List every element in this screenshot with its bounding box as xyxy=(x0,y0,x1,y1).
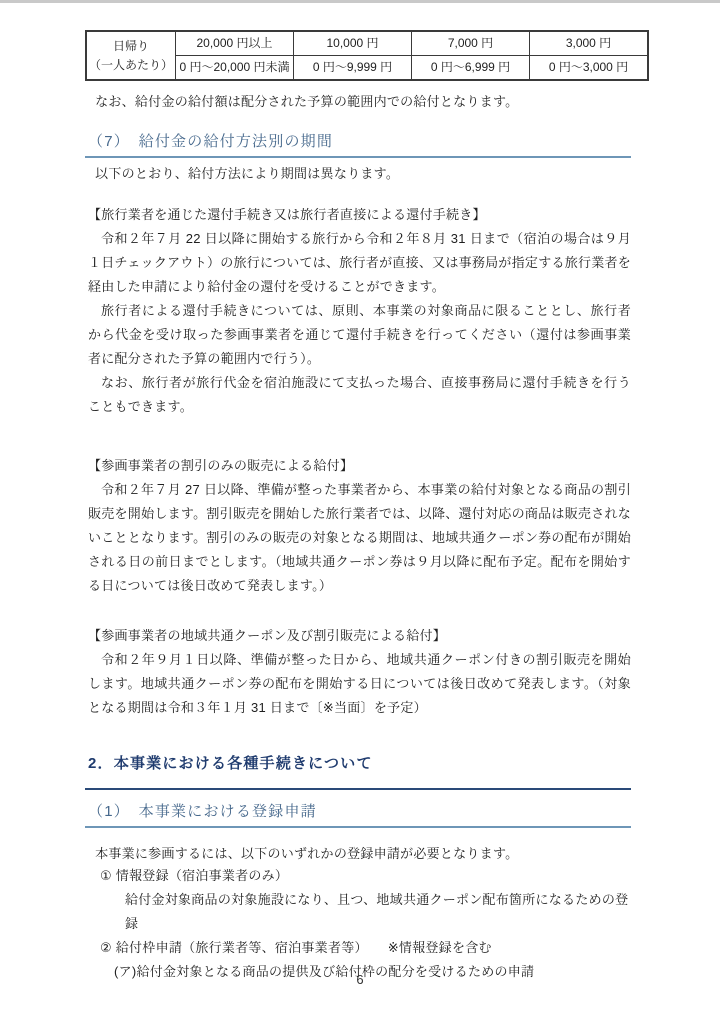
table-cell: 0 円～3,000 円 xyxy=(530,56,649,81)
table-cell: 7,000 円 xyxy=(412,31,530,56)
table-row-header-line1: 日帰り xyxy=(88,37,174,56)
block-title-refund: 【旅行業者を通じた還付手続き又は旅行者直接による還付手続き】 xyxy=(88,203,631,227)
page-number: 6 xyxy=(0,972,720,987)
paragraph: 令和２年９月１日以降、準備が整った日から、地域共通クーポン付きの割引販売を開始し… xyxy=(88,648,631,720)
list-item: 給付金対象商品の対象施設になり、且つ、地域共通クーポン配布箇所になるための登録 xyxy=(88,888,631,936)
block-title-coupon: 【参画事業者の地域共通クーポン及び割引販売による給付】 xyxy=(88,624,631,648)
section-7-heading: （7） 給付金の給付方法別の期間 xyxy=(85,131,631,158)
paragraph: なお、給付金の給付額は配分された予算の範囲内での給付となります。 xyxy=(88,90,631,114)
fare-table: 日帰り （一人あたり） 20,000 円以上 10,000 円 7,000 円 … xyxy=(85,30,649,81)
section-heading-text: （1） 本事業における登録申請 xyxy=(85,801,631,823)
paragraph: 以下のとおり、給付方法により期間は異なります。 xyxy=(88,162,631,186)
section-heading-text: （7） 給付金の給付方法別の期間 xyxy=(85,131,631,153)
list-item: ① 情報登録（宿泊事業者のみ） xyxy=(88,864,631,888)
table-row-header-cell: 日帰り （一人あたり） xyxy=(86,31,176,80)
discount-block: 【参画事業者の割引のみの販売による給付】 令和２年７月 27 日以降、準備が整っ… xyxy=(88,454,631,598)
table-cell: 0 円～6,999 円 xyxy=(412,56,530,81)
paragraph: 旅行者による還付手続きについては、原則、本事業の対象商品に限ることとし、旅行者か… xyxy=(88,299,631,371)
after-table-note: なお、給付金の給付額は配分された予算の範囲内での給付となります。 xyxy=(88,90,631,114)
table-cell: 20,000 円以上 xyxy=(176,31,294,56)
section-7-body: 以下のとおり、給付方法により期間は異なります。 【旅行業者を通じた還付手続き又は… xyxy=(88,162,631,419)
block-title-discount: 【参画事業者の割引のみの販売による給付】 xyxy=(88,454,631,478)
paragraph: 令和２年７月 27 日以降、準備が整った事業者から、本事業の給付対象となる商品の… xyxy=(88,478,631,598)
table-row: 日帰り （一人あたり） 20,000 円以上 10,000 円 7,000 円 … xyxy=(86,31,648,56)
scan-edge-shadow xyxy=(0,0,720,3)
table-cell: 3,000 円 xyxy=(530,31,649,56)
section-2-heading: 2．本事業における各種手続きについて xyxy=(85,752,631,790)
paragraph: 令和２年７月 22 日以降に開始する旅行から令和２年８月 31 日まで（宿泊の場… xyxy=(88,227,631,299)
table-cell: 0 円～9,999 円 xyxy=(294,56,412,81)
section-heading-text: 2．本事業における各種手続きについて xyxy=(85,752,631,776)
document-page: 日帰り （一人あたり） 20,000 円以上 10,000 円 7,000 円 … xyxy=(0,0,720,1020)
table-row-header-line2: （一人あたり） xyxy=(88,56,174,75)
table-cell: 0 円～20,000 円未満 xyxy=(176,56,294,81)
paragraph: なお、旅行者が旅行代金を宿泊施設にて支払った場合、直接事務局に還付手続きを行うこ… xyxy=(88,371,631,419)
registration-list: ① 情報登録（宿泊事業者のみ） 給付金対象商品の対象施設になり、且つ、地域共通ク… xyxy=(88,864,631,984)
list-item: ② 給付枠申請（旅行業者等、宿泊事業者等） ※情報登録を含む xyxy=(88,936,631,960)
section-2-1-intro: 本事業に参画するには、以下のいずれかの登録申請が必要となります。 xyxy=(88,842,631,866)
coupon-block: 【参画事業者の地域共通クーポン及び割引販売による給付】 令和２年９月１日以降、準… xyxy=(88,624,631,720)
paragraph: 本事業に参画するには、以下のいずれかの登録申請が必要となります。 xyxy=(88,842,631,866)
section-2-1-heading: （1） 本事業における登録申請 xyxy=(85,801,631,828)
table-cell: 10,000 円 xyxy=(294,31,412,56)
